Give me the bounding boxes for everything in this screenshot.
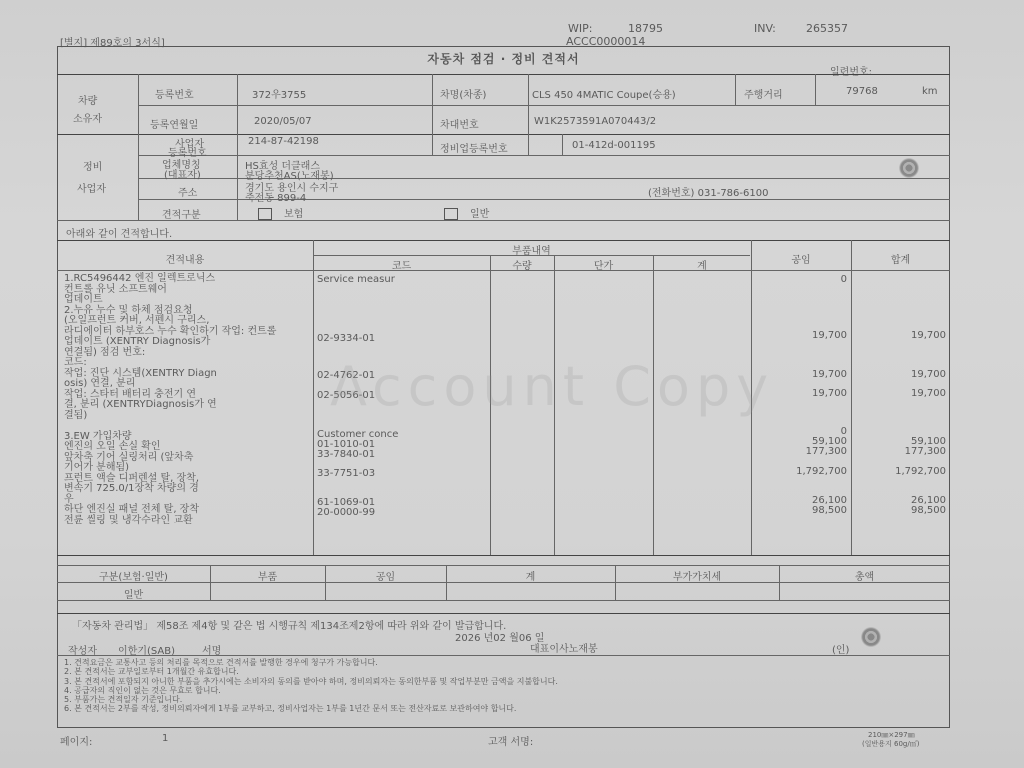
row-total: 19,700 [851,369,946,380]
description-line: 전륜 씰링 및 냉각수라인 교환 [64,516,276,527]
registration-number-label: 등록번호 [155,86,194,101]
description-line: 연결됨) 점검 번호: [64,348,276,359]
wip-label: WIP: [568,22,592,35]
description-line: 코드: [64,358,276,369]
row-code: 02-9334-01 [317,333,375,344]
row-code: 33-7751-03 [317,468,375,479]
repair-section-label: 정비 [83,158,102,173]
paper-type: (일반용지 60g/㎡) [862,739,919,749]
ceo-name: 대표이사노재봉 [530,640,598,655]
business-number-value: 214-87-42198 [248,136,319,147]
col-header-unit-price: 단가 [554,257,653,272]
intro-statement: 아래와 같이 견적합니다. [66,225,172,240]
row-total: 19,700 [851,330,946,341]
registration-date-value: 2020/05/07 [254,116,312,127]
description-line [64,421,276,432]
row-labor: 0 [751,274,847,285]
note-item: 1. 견적요금은 교통사고 등의 처리를 목적으로 견적서를 발행한 경우에 청… [64,658,558,667]
note-item: 3. 본 견적서에 포함되지 아니한 부품을 추가시에는 소비자의 동의를 받아… [64,677,558,686]
shop-registration-value: 01-412d-001195 [572,140,656,151]
summary-row-type: 일반 [57,586,210,601]
phone-number: (전화번호) 031-786-6100 [648,184,768,199]
vin-label: 차대번호 [440,116,479,131]
company-name-label-2: (대표자) [164,166,201,181]
company-seal-icon [896,157,922,179]
description-line: 하단 엔진실 패널 전체 탈, 장착 [64,505,276,516]
model-label: 차명(차종) [440,86,486,101]
description-line: 결, 분리 (XENTRYDiagnosis가 연 [64,400,276,411]
row-labor: 19,700 [751,330,847,341]
col-header-code: 코드 [313,257,490,272]
general-checkbox[interactable] [444,208,458,220]
summary-col-total: 총액 [779,568,950,583]
row-code: Service measur [317,274,395,285]
summary-col-vat: 부가가치세 [615,568,779,583]
summary-col-parts: 부품 [210,568,325,583]
mileage-unit: km [922,86,938,97]
summary-col-labor: 공임 [325,568,446,583]
registration-date-label: 등록연월일 [150,116,198,131]
inv-label: INV: [754,22,776,35]
note-item: 6. 본 견적서는 2부를 작성, 정비의뢰자에게 1부를 교부하고, 정비사업… [64,704,558,713]
official-seal-icon [858,626,884,648]
insurance-option-label: 보험 [284,209,303,220]
vehicle-section-label: 차량 [78,92,97,107]
estimate-type-general[interactable]: 일반 [444,205,489,220]
description-line: 변속기 725.0/1장착 차량의 경 [64,484,276,495]
document-title: 자동차 점검 · 정비 견적서 [57,50,950,67]
business-section-label: 사업자 [77,180,106,195]
registration-number-value: 372우3755 [252,86,306,101]
invoice-number: 265357 [806,22,848,35]
row-total: 177,300 [851,446,946,457]
owner-section-label: 소유자 [73,110,102,125]
issuance-statement: 「자동차 관리법」 제58조 제4항 및 같은 법 시행규칙 제134조제2항에… [72,617,506,632]
col-header-description: 견적내용 [57,251,313,266]
seal-label: (인) [832,641,849,656]
description-line: 업데이트 [64,295,276,306]
wip-number: 18795 [628,22,663,35]
page-number: 1 [162,733,168,744]
watermark-text: Account Copy [330,355,774,418]
mileage-value: 79768 [846,86,878,97]
row-total: 98,500 [851,505,946,516]
note-item: 4. 공급자의 직인이 없는 것은 무효로 합니다. [64,686,558,695]
col-header-labor: 공임 [751,251,851,266]
row-labor: 177,300 [751,446,847,457]
document-page: [별지] 제89호의 3서식] WIP: 18795 INV: 265357 A… [0,0,1024,768]
mileage-label: 주행거리 [744,86,783,101]
col-header-qty: 수량 [490,257,554,272]
page-label: 페이지: [60,733,92,748]
estimate-type-label: 견적구분 [162,206,201,221]
row-total: 19,700 [851,388,946,399]
serial-number-label: 일련번호: [830,63,872,78]
description-line: 기어가 분해됨) [64,463,276,474]
general-option-label: 일반 [470,209,489,220]
insurance-checkbox[interactable] [258,208,272,220]
row-code: 20-0000-99 [317,507,375,518]
address-line-2: 죽전동 899-4 [245,189,306,204]
summary-col-type: 구분(보험·일반) [57,568,210,583]
notes-list: 1. 견적요금은 교통사고 등의 처리를 목적으로 견적서를 발행한 경우에 청… [64,658,558,714]
row-labor: 1,792,700 [751,466,847,477]
row-labor: 98,500 [751,505,847,516]
col-header-parts-total: 계 [653,257,751,272]
customer-signature-label: 고객 서명: [488,733,533,748]
model-value: CLS 450 4MATIC Coupe(승용) [532,86,676,101]
vin-value: W1K2573591A070443/2 [534,116,656,127]
estimate-description: 1.RC5496442 엔진 일렉트로닉스 컨트롤 유닛 소프트웨어 업데이트 … [64,274,276,526]
description-line: 엔진의 오일 손실 확인 [64,442,276,453]
note-item: 2. 본 견적서는 교부일로부터 1개월간 유효합니다. [64,667,558,676]
description-line: 1.RC5496442 엔진 일렉트로닉스 [64,274,276,285]
description-line: 결됨) [64,411,276,422]
col-header-total: 합계 [851,251,950,266]
description-line: osis) 연결, 분리 [64,379,276,390]
row-total: 1,792,700 [851,466,946,477]
col-header-parts-group: 부품내역 [313,242,750,257]
description-line: 업데이트 (XENTRY Diagnosis가 [64,337,276,348]
estimate-type-insurance[interactable]: 보험 [258,205,303,220]
address-label: 주소 [178,184,197,199]
summary-col-subtotal: 계 [446,568,615,583]
description-line: (오일프런트 커버, 서펜시 구리스, [64,316,276,327]
row-code: 33-7840-01 [317,449,375,460]
shop-registration-label: 정비업등록번호 [440,140,508,155]
